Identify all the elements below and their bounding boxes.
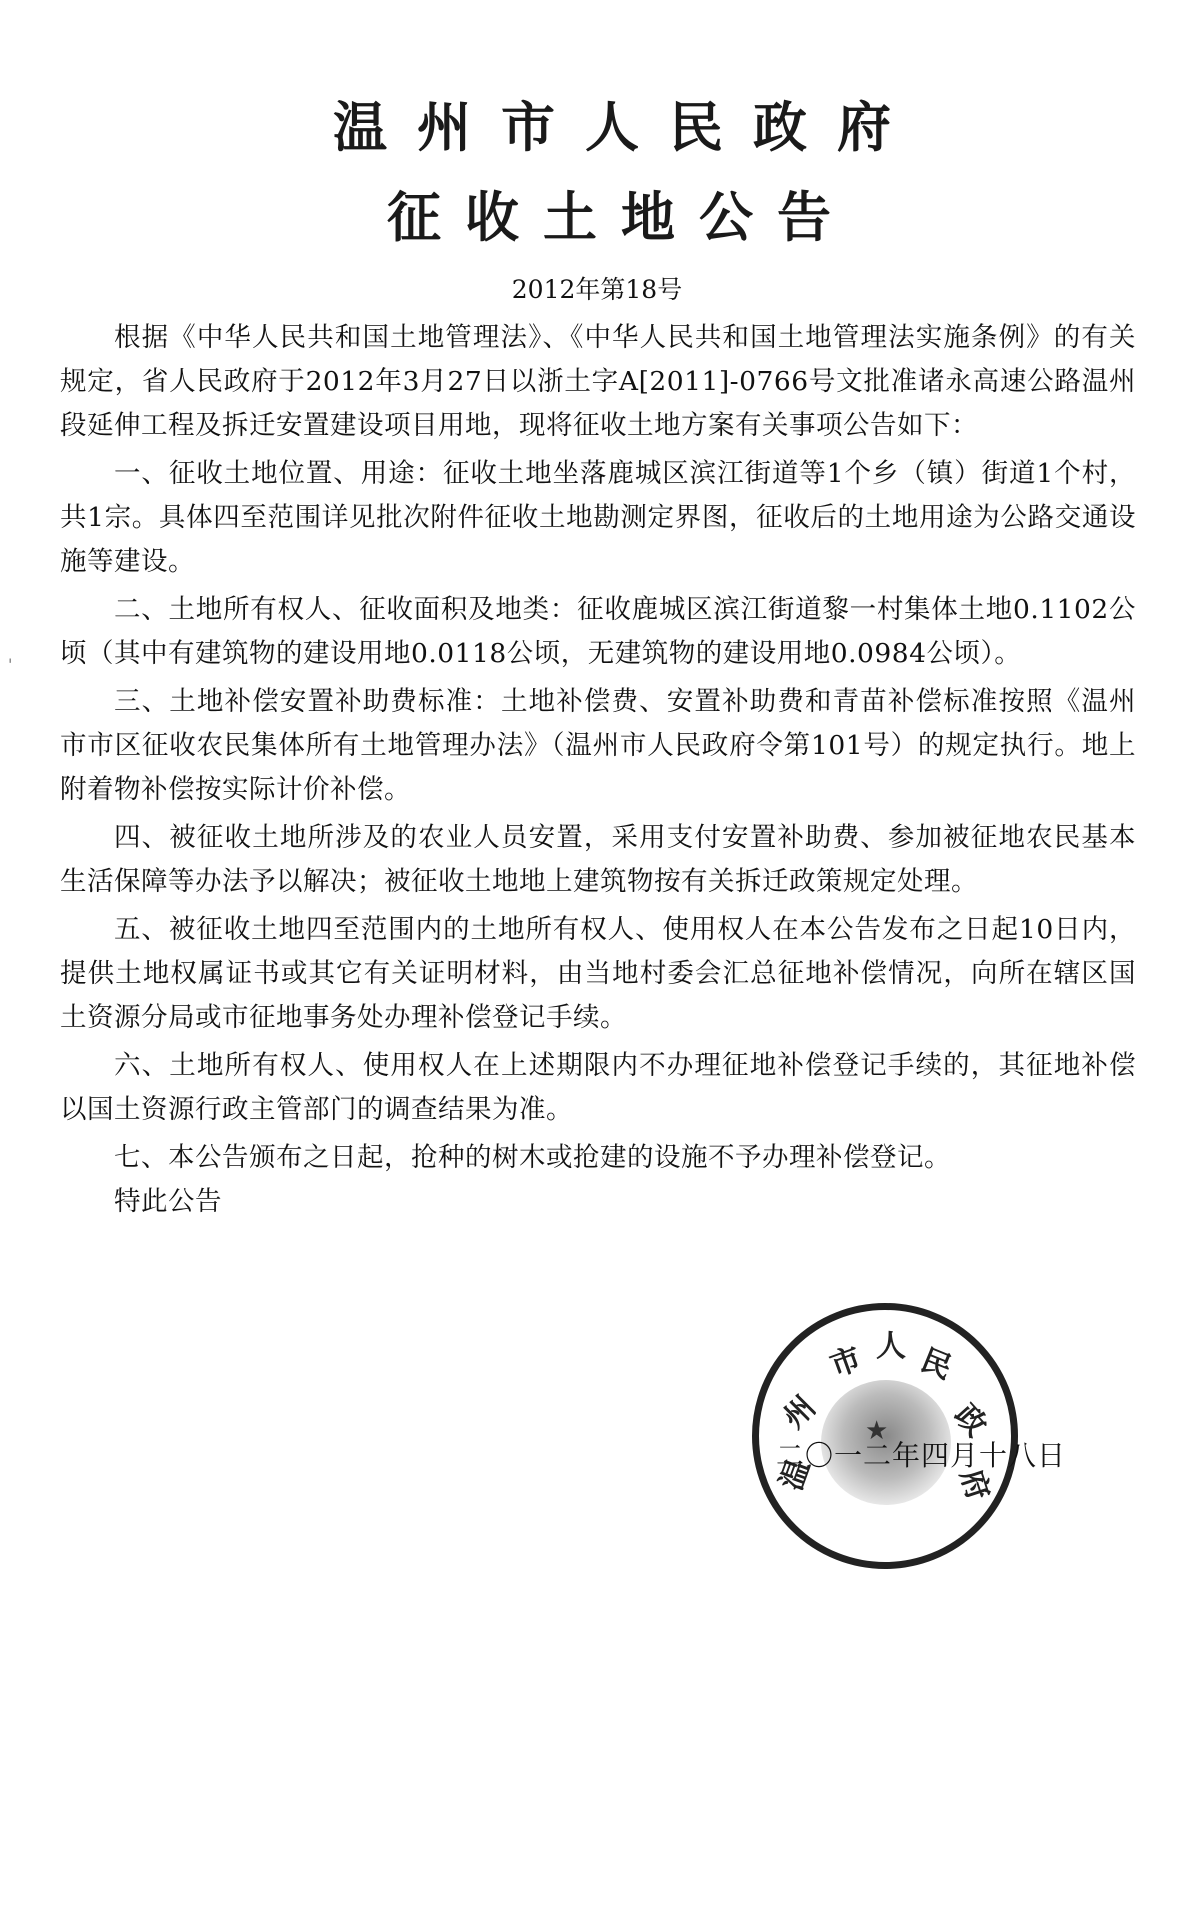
item-1-label: 一、征收土地位置、用途： [114,458,443,489]
closing-phrase: 特此公告 [60,1180,1136,1224]
item-4-paragraph: 四、被征收土地所涉及的农业人员安置，采用支付安置补助费、参加被征地农民基本生活保… [60,816,1136,904]
official-seal: ★ 温 州 市 人 民 政 府 [752,1303,1018,1569]
item-2-label: 二、土地所有权人、征收面积及地类： [114,594,577,625]
item-7-label: 七、 [114,1142,168,1173]
document-number: 2012年第18号 [0,274,1194,306]
notice-title: 征收土地公告 [0,186,1194,250]
scanned-document-page: 温州市人民政府 征收土地公告 2012年第18号 ' 根据《中华人民共和国土地管… [0,0,1194,1907]
item-1-paragraph: 一、征收土地位置、用途：征收土地坐落鹿城区滨江街道等1个乡（镇）街道1个村，共1… [60,452,1136,584]
item-4-label: 四、 [114,822,169,853]
issue-date: 二〇一二年四月十八日 [0,1438,1066,1474]
seal-char: 人 [876,1332,906,1362]
item-3-label: 三、土地补偿安置补助费标准： [114,686,501,717]
seal-char: 民 [916,1345,955,1384]
item-5-label: 五、 [114,914,169,945]
item-6-label: 六、 [114,1050,169,1081]
item-6-text: 土地所有权人、使用权人在上述期限内不办理征地补偿登记手续的，其征地补偿以国土资源… [60,1050,1136,1125]
item-6-paragraph: 六、土地所有权人、使用权人在上述期限内不办理征地补偿登记手续的，其征地补偿以国土… [60,1044,1136,1132]
item-5-text: 被征收土地四至范围内的土地所有权人、使用权人在本公告发布之日起10日内，提供土地… [60,914,1136,1033]
seal-char: 政 [949,1400,991,1442]
item-4-text: 被征收土地所涉及的农业人员安置，采用支付安置补助费、参加被征地农民基本生活保障等… [60,822,1136,897]
item-3-paragraph: 三、土地补偿安置补助费标准：土地补偿费、安置补助费和青苗补偿标准按照《温州市市区… [60,680,1136,812]
seal-char: 市 [827,1344,865,1382]
seal-char: 州 [779,1392,821,1434]
notice-body: 根据《中华人民共和国土地管理法》、《中华人民共和国土地管理法实施条例》的有关规定… [60,316,1136,1224]
scan-artifact: ' [8,655,12,674]
issuer-title: 温州市人民政府 [0,96,1194,160]
item-2-paragraph: 二、土地所有权人、征收面积及地类：征收鹿城区滨江街道黎一村集体土地0.1102公… [60,588,1136,676]
item-7-text: 本公告颁布之日起，抢种的树木或抢建的设施不予办理补偿登记。 [168,1142,951,1173]
item-7-paragraph: 七、本公告颁布之日起，抢种的树木或抢建的设施不予办理补偿登记。 [60,1136,1136,1180]
item-5-paragraph: 五、被征收土地四至范围内的土地所有权人、使用权人在本公告发布之日起10日内，提供… [60,908,1136,1040]
intro-paragraph: 根据《中华人民共和国土地管理法》、《中华人民共和国土地管理法实施条例》的有关规定… [60,316,1136,448]
